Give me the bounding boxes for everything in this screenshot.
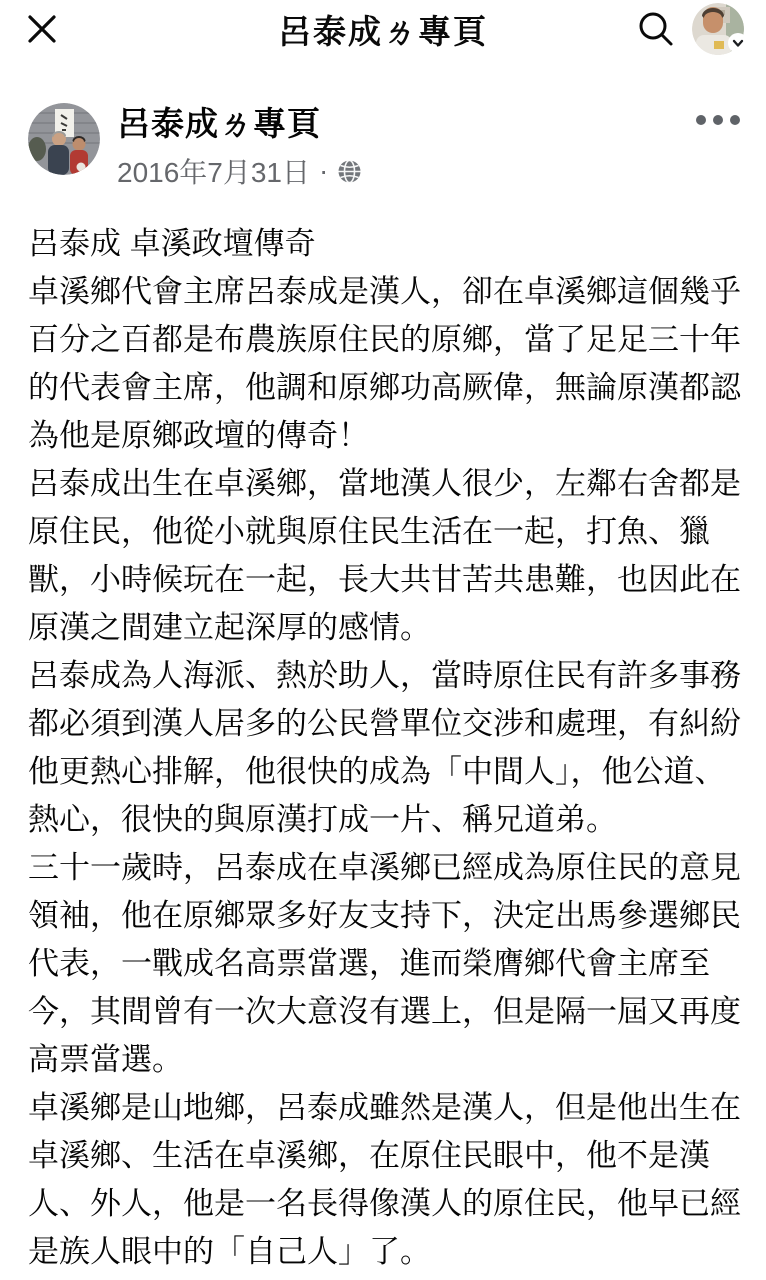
search-icon bbox=[637, 10, 675, 48]
post-text-line: 是族人眼中的「自己人」了。 bbox=[28, 1228, 742, 1276]
post-body: 呂泰成 卓溪政壇傳奇卓溪鄉代會主席呂泰成是漢人，卻在卓溪鄉這個幾乎百分之百都是布… bbox=[0, 220, 766, 1276]
app-bar-actions bbox=[636, 3, 744, 55]
ellipsis-icon bbox=[696, 115, 706, 125]
post-text-line: 高票當選。 bbox=[28, 1036, 742, 1084]
ellipsis-icon bbox=[713, 115, 723, 125]
post-text-line: 熱心，很快的與原漢打成一片、稱兄道弟。 bbox=[28, 796, 742, 844]
post-text-line: 代表，一戰成名高票當選，進而榮膺鄉代會主席至 bbox=[28, 940, 742, 988]
page-avatar[interactable] bbox=[28, 103, 100, 175]
post-text-line: 原住民，他從小就與原住民生活在一起，打魚、獵 bbox=[28, 508, 742, 556]
post-text-line: 呂泰成 卓溪政壇傳奇 bbox=[28, 220, 742, 268]
app-bar: 呂泰成ㄌ專頁 bbox=[0, 0, 766, 58]
post-text-line: 今，其間曾有一次大意沒有選上，但是隔一屆又再度 bbox=[28, 988, 742, 1036]
post-text-line: 人、外人，他是一名長得像漢人的原住民，他早已經 bbox=[28, 1180, 742, 1228]
post-text-line: 卓溪鄉是山地鄉，呂泰成雖然是漢人，但是他出生在 bbox=[28, 1084, 742, 1132]
post-text-line: 呂泰成為人海派、熱於助人，當時原住民有許多事務 bbox=[28, 652, 742, 700]
close-icon bbox=[25, 12, 59, 46]
post-text-line: 呂泰成出生在卓溪鄉，當地漢人很少，左鄰右舍都是 bbox=[28, 460, 742, 508]
post-meta: 2016年7月31日 · bbox=[117, 151, 362, 191]
search-button[interactable] bbox=[636, 9, 676, 49]
post-text-line: 的代表會主席，他調和原鄉功高厥偉，無論原漢都認 bbox=[28, 364, 742, 412]
post-text-line: 獸，小時候玩在一起，長大共甘苦共患難，也因此在 bbox=[28, 556, 742, 604]
post-text-line: 卓溪鄉代會主席呂泰成是漢人，卻在卓溪鄉這個幾乎 bbox=[28, 268, 742, 316]
post-text-line: 都必須到漢人居多的公民營單位交涉和處理，有糾紛 bbox=[28, 700, 742, 748]
timestamp-separator: · bbox=[319, 155, 328, 187]
post-header-text: 呂泰成ㄌ專頁 2016年7月31日 · bbox=[117, 103, 362, 191]
ellipsis-icon bbox=[730, 115, 740, 125]
post-page-name[interactable]: 呂泰成ㄌ專頁 bbox=[117, 104, 362, 144]
post-text-line: 他更熱心排解，他很快的成為「中間人」，他公道、 bbox=[28, 748, 742, 796]
post-text-line: 卓溪鄉、生活在卓溪鄉，在原住民眼中，他不是漢 bbox=[28, 1132, 742, 1180]
account-avatar-button[interactable] bbox=[692, 3, 744, 55]
chevron-down-icon bbox=[728, 33, 748, 53]
post-text-line: 領袖，他在原鄉眾多好友支持下，決定出馬參選鄉民 bbox=[28, 892, 742, 940]
post-timestamp[interactable]: 2016年7月31日 bbox=[117, 151, 310, 191]
post-header: 呂泰成ㄌ專頁 2016年7月31日 · bbox=[0, 103, 766, 191]
post-menu-button[interactable] bbox=[692, 103, 744, 137]
post: 呂泰成ㄌ專頁 2016年7月31日 · bbox=[0, 103, 766, 1276]
post-text-line: 為他是原鄉政壇的傳奇！ bbox=[28, 412, 742, 460]
close-button[interactable] bbox=[22, 9, 62, 49]
post-text-line: 三十一歲時，呂泰成在卓溪鄉已經成為原住民的意見 bbox=[28, 844, 742, 892]
post-text-line: 原漢之間建立起深厚的感情。 bbox=[28, 604, 742, 652]
globe-icon bbox=[337, 159, 362, 184]
post-text-line: 百分之百都是布農族原住民的原鄉，當了足足三十年 bbox=[28, 316, 742, 364]
